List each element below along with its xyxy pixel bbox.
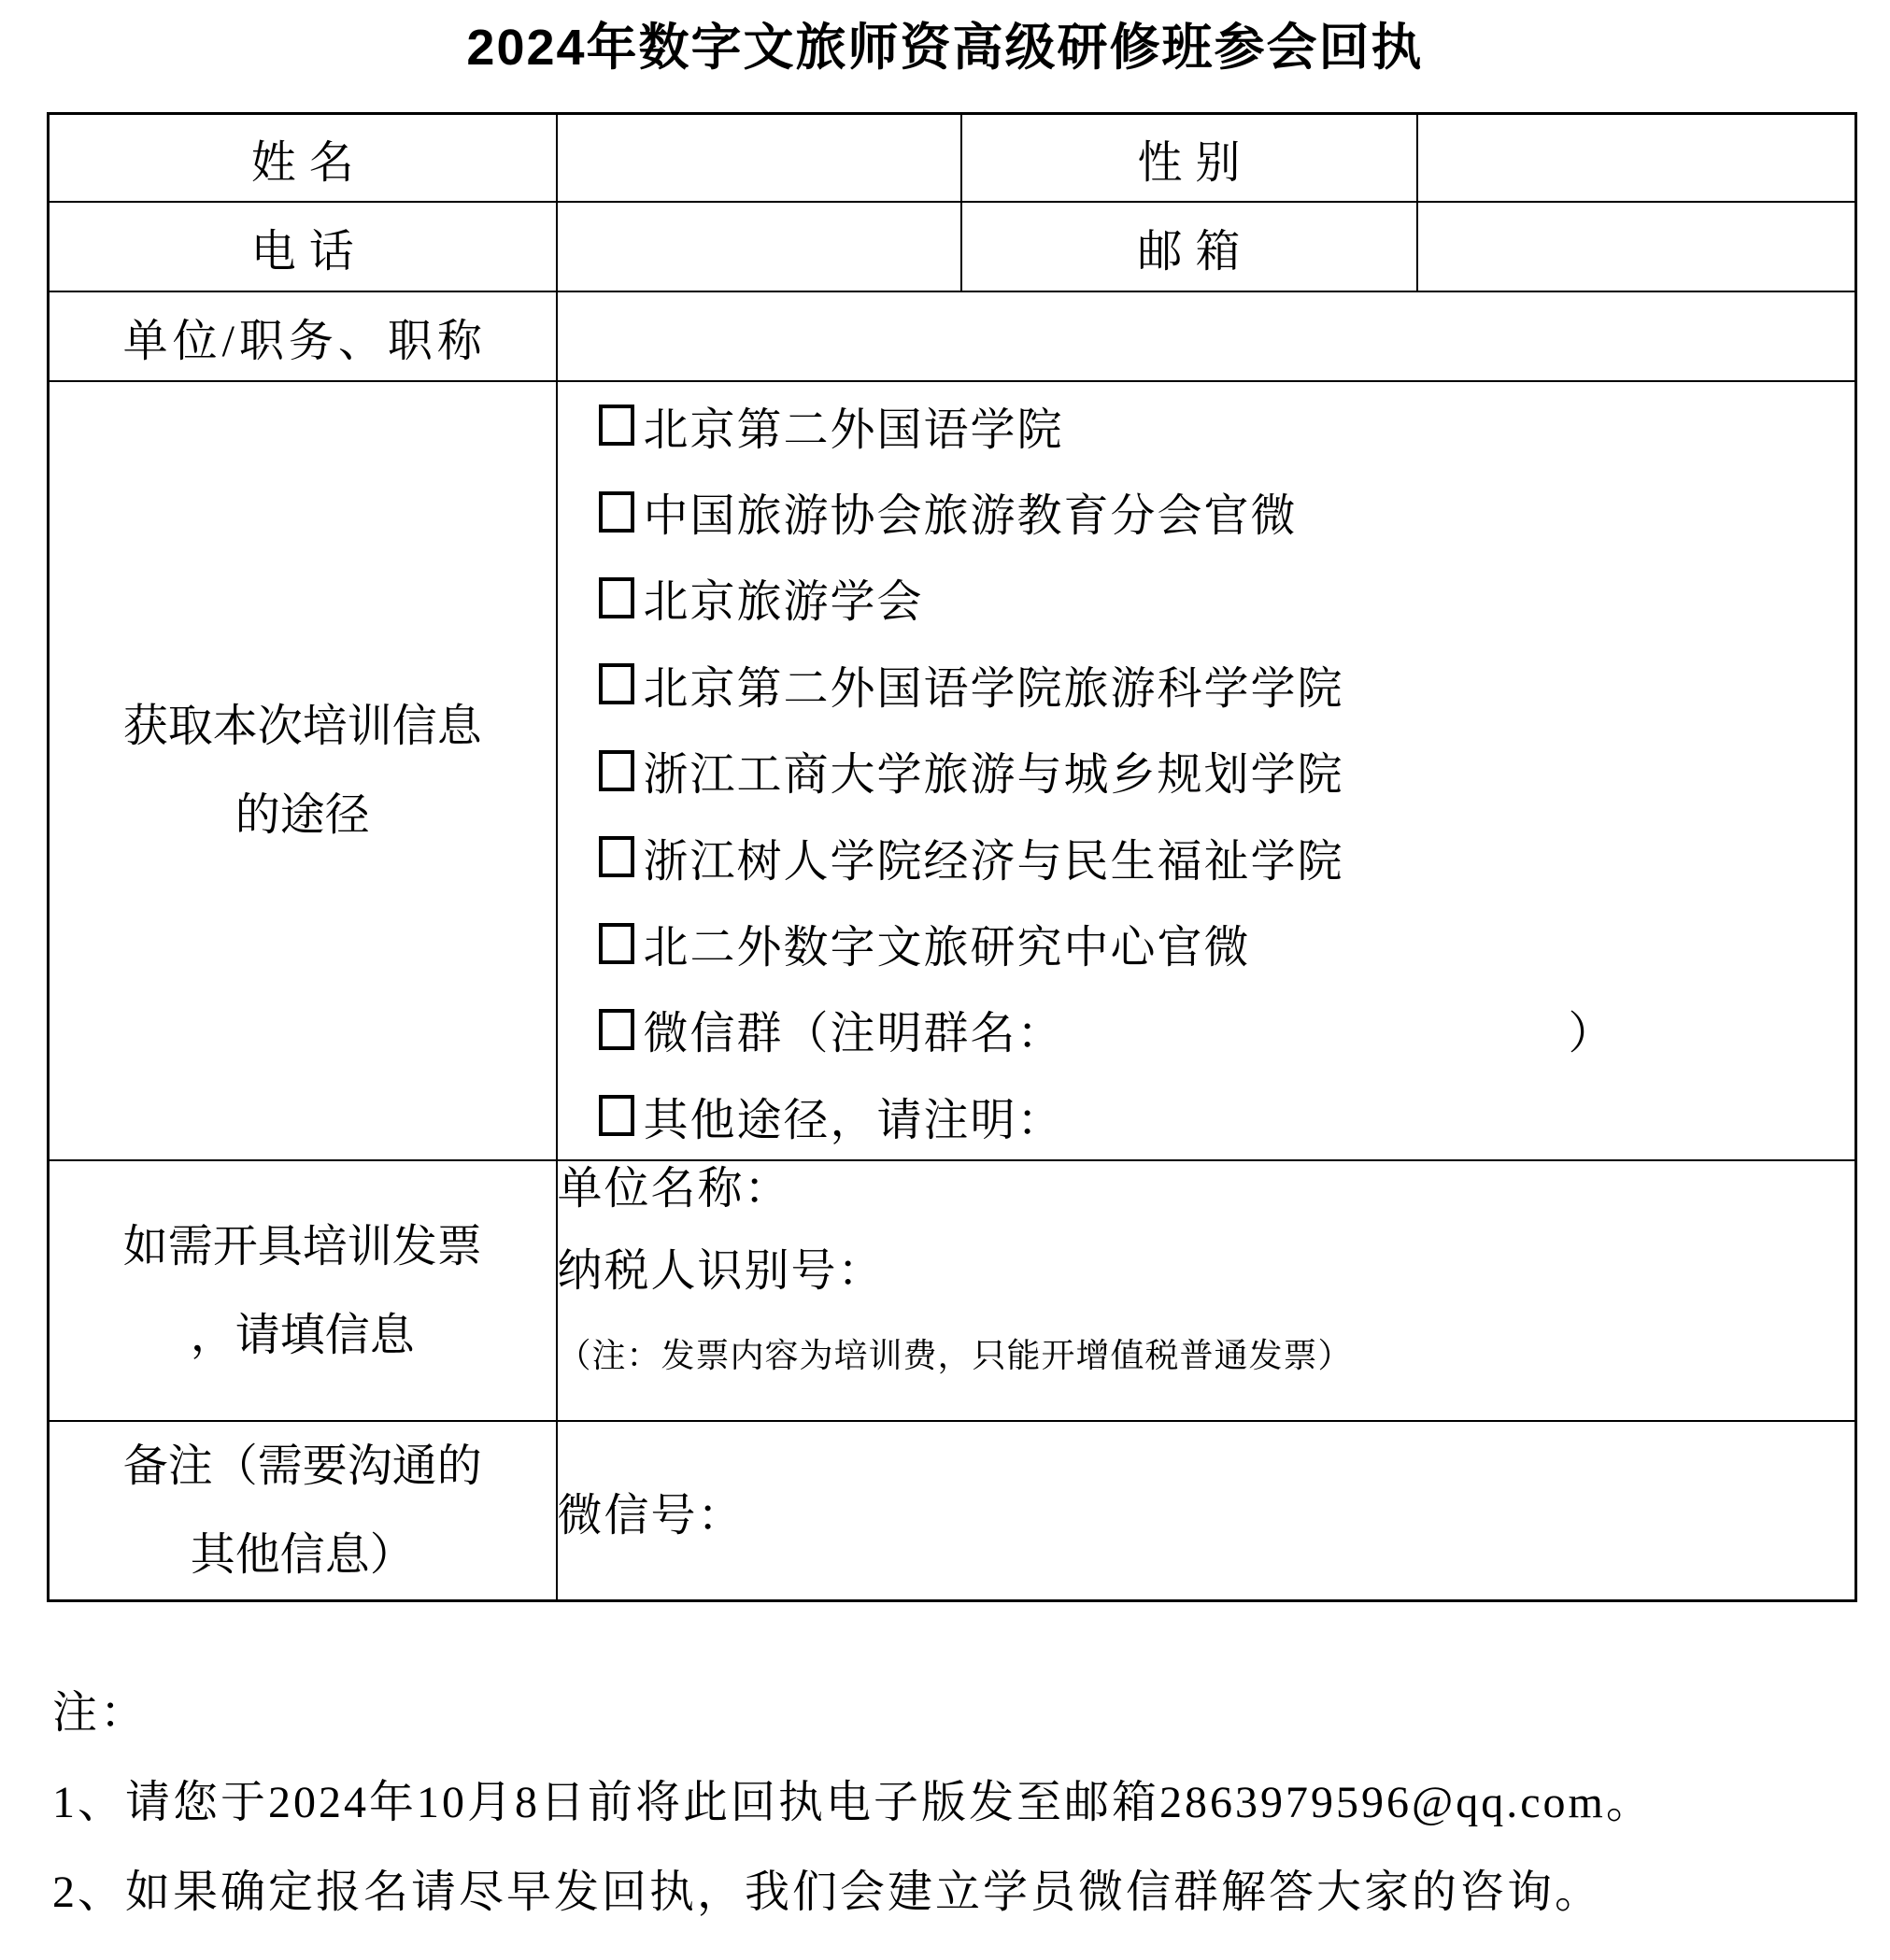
org-title-label: 单位/职务、职称	[123, 317, 487, 366]
phone-input-cell[interactable]	[557, 202, 961, 291]
sources-options-list: 北京第二外国语学院 中国旅游协会旅游教育分会官微 北京旅游学会 北京第二外国语学…	[558, 382, 1855, 1159]
document-title: 2024年数字文旅师资高级研修班参会回执	[0, 19, 1890, 77]
table-row: 获取本次培训信息 的途径 北京第二外国语学院 中国旅游协会旅游教育分会官微 北京…	[49, 381, 1856, 1160]
source-option-label: 北京旅游学会	[644, 565, 924, 630]
note-2: 2、如果确定报名请尽早发回执，我们会建立学员微信群解答大家的咨询。	[52, 1848, 1654, 1938]
invoice-label-line1: 如需开具培训发票	[50, 1202, 556, 1291]
source-option-other: 其他途径，请注明：	[599, 1072, 1855, 1158]
email-label: 邮箱	[1137, 227, 1253, 277]
checkbox-icon[interactable]	[599, 405, 634, 446]
checkbox-icon[interactable]	[599, 663, 634, 704]
checkbox-icon[interactable]	[599, 1095, 634, 1136]
remark-label-line2: 其他信息）	[50, 1511, 556, 1599]
source-option-label: 北京第二外国语学院旅游科学学院	[644, 652, 1344, 717]
invoice-label-line2: ，请填信息	[50, 1291, 556, 1380]
group-name-blank-field[interactable]	[1064, 1028, 1569, 1031]
source-option: 北京旅游学会	[599, 555, 1855, 641]
invoice-org-name-line: 单位名称：	[558, 1161, 1855, 1217]
gender-label: 性别	[1137, 138, 1253, 188]
email-input-cell[interactable]	[1417, 202, 1856, 291]
source-option-label: 浙江工商大学旅游与城乡规划学院	[644, 738, 1344, 802]
source-option-label: 浙江树人学院经济与民生福祉学院	[644, 825, 1344, 889]
checkbox-icon[interactable]	[599, 750, 634, 791]
wechat-group-label: 微信群（注明群名：	[644, 997, 1064, 1061]
source-option: 浙江树人学院经济与民生福祉学院	[599, 814, 1855, 900]
sources-label-line2: 的途径	[50, 771, 556, 859]
source-option: 北京第二外国语学院	[599, 382, 1855, 468]
table-row: 单位/职务、职称	[49, 291, 1856, 381]
name-label: 姓名	[251, 138, 367, 188]
table-row: 备注（需要沟通的 其他信息） 微信号：	[49, 1421, 1856, 1601]
sources-options-cell: 北京第二外国语学院 中国旅游协会旅游教育分会官微 北京旅游学会 北京第二外国语学…	[557, 381, 1856, 1160]
checkbox-icon[interactable]	[599, 923, 634, 964]
source-option: 浙江工商大学旅游与城乡规划学院	[599, 728, 1855, 814]
table-row: 如需开具培训发票 ，请填信息 单位名称： 纳税人识别号： （注：发票内容为培训费…	[49, 1160, 1856, 1421]
document-page: 2024年数字文旅师资高级研修班参会回执 姓名 性别 电话 邮箱 单位/职务、职…	[0, 0, 1890, 1960]
checkbox-icon[interactable]	[599, 577, 634, 618]
org-title-label-cell: 单位/职务、职称	[49, 291, 557, 381]
wechat-group-close-paren: ）	[1569, 997, 1615, 1061]
invoice-label-cell: 如需开具培训发票 ，请填信息	[49, 1160, 557, 1421]
source-option: 北二外数字文旅研究中心官微	[599, 900, 1855, 986]
remark-label-cell: 备注（需要沟通的 其他信息）	[49, 1421, 557, 1601]
source-option-wechat-group: 微信群（注明群名：）	[599, 987, 1855, 1072]
checkbox-icon[interactable]	[599, 1009, 634, 1050]
email-label-cell: 邮箱	[961, 202, 1417, 291]
source-option-label: 北京第二外国语学院	[644, 393, 1064, 458]
remark-wechat-id-cell[interactable]: 微信号：	[557, 1421, 1856, 1601]
table-row: 电话 邮箱	[49, 202, 1856, 291]
remark-label-line1: 备注（需要沟通的	[50, 1422, 556, 1511]
source-option-label: 中国旅游协会旅游教育分会官微	[644, 479, 1298, 544]
source-option-label: 北二外数字文旅研究中心官微	[644, 911, 1251, 975]
gender-input-cell[interactable]	[1417, 114, 1856, 203]
phone-label-cell: 电话	[49, 202, 557, 291]
checkbox-icon[interactable]	[599, 491, 634, 533]
name-label-cell: 姓名	[49, 114, 557, 203]
notes-heading: 注：	[52, 1669, 1654, 1758]
other-source-label: 其他途径，请注明：	[644, 1084, 1064, 1148]
footnotes: 注： 1、请您于2024年10月8日前将此回执电子版发至邮箱2863979596…	[52, 1669, 1654, 1938]
registration-form-table: 姓名 性别 电话 邮箱 单位/职务、职称 获取本次培训信息 的途径 北京第二外国…	[47, 112, 1857, 1602]
org-title-input-cell[interactable]	[557, 291, 1856, 381]
checkbox-icon[interactable]	[599, 836, 634, 877]
source-option: 中国旅游协会旅游教育分会官微	[599, 468, 1855, 554]
name-input-cell[interactable]	[557, 114, 961, 203]
phone-label: 电话	[251, 227, 367, 277]
gender-label-cell: 性别	[961, 114, 1417, 203]
wechat-id-label: 微信号：	[558, 1491, 745, 1541]
invoice-tax-id-line: 纳税人识别号：	[558, 1243, 1855, 1300]
table-row: 姓名 性别	[49, 114, 1856, 203]
sources-label-line1: 获取本次培训信息	[50, 682, 556, 771]
invoice-note: （注：发票内容为培训费，只能开增值税普通发票）	[558, 1329, 1855, 1377]
invoice-info-cell[interactable]: 单位名称： 纳税人识别号： （注：发票内容为培训费，只能开增值税普通发票）	[557, 1160, 1856, 1421]
sources-label-cell: 获取本次培训信息 的途径	[49, 381, 557, 1160]
note-1: 1、请您于2024年10月8日前将此回执电子版发至邮箱2863979596@qq…	[52, 1758, 1654, 1848]
source-option: 北京第二外国语学院旅游科学学院	[599, 641, 1855, 727]
